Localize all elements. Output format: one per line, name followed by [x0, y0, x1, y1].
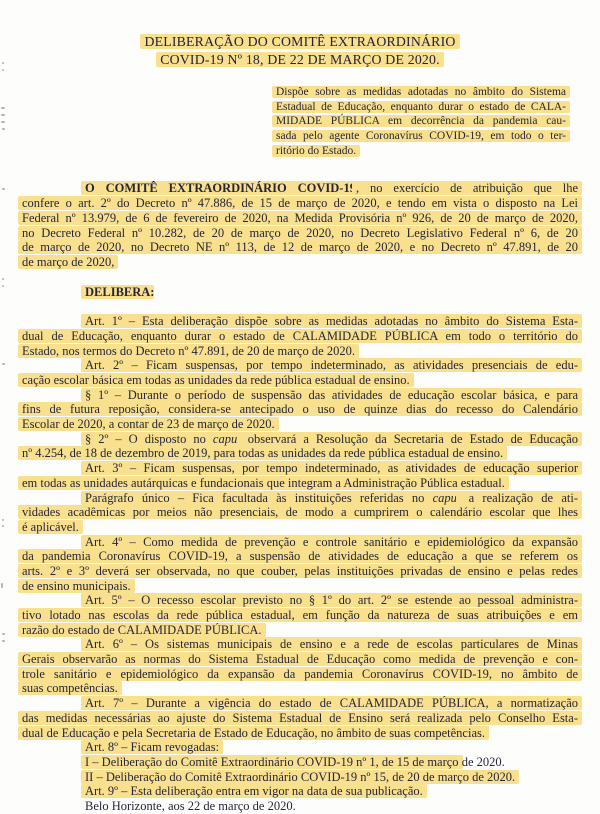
art-2: Art. 2º – Ficam suspensas, por tempo ind… — [22, 358, 578, 387]
art-7-line-3: dual de Educação e pela Secretaria de Es… — [22, 726, 578, 741]
art-2-line-1: Art. 2º – Ficam suspensas, por tempo ind… — [22, 358, 578, 373]
art-4-line-4: de ensino municipais. — [22, 579, 578, 594]
highlighted-text: Art. 9º – Esta deliberação entra em vigo… — [85, 784, 423, 798]
highlighted-text: de ensino municipais. — [22, 579, 131, 593]
highlighted-text: Parágrafo único – Fica facultada às inst… — [85, 491, 433, 505]
highlighted-text: Art. 1º – Esta deliberação dispõe sobre … — [85, 314, 578, 328]
highlighted-text: Estadual de Educação, enquanto durar o e… — [276, 101, 566, 113]
plain-text: de 2020. — [459, 755, 505, 769]
art-6-line-1: Art. 6º – Os sistemas municipais de ensi… — [22, 637, 578, 652]
highlighted-text: Gerais observarão as normas do Sistema E… — [22, 652, 578, 666]
art-8-item-2-line-1: II – Deliberação do Comitê Extraordinári… — [22, 770, 578, 785]
highlighted-text: de março de 2020, no Decreto NE nº 113, … — [22, 240, 578, 254]
art-7-line-1: Art. 7º – Durante a vigência do estado d… — [22, 696, 578, 711]
highlighted-text: cação escolar básica em todas as unidade… — [22, 373, 410, 387]
art-4-line-1: Art. 4º – Como medida de prevenção e con… — [22, 535, 578, 550]
art-7-line-2: das medidas necessárias ao ajuste do Sis… — [22, 711, 578, 726]
art-6: Art. 6º – Os sistemas municipais de ensi… — [22, 637, 578, 696]
highlighted-text: da pandemia Coronavírus COVID-19, a susp… — [22, 549, 578, 563]
art-1-line-1: Art. 1º – Esta deliberação dispõe sobre … — [22, 314, 578, 329]
art-1: Art. 1º – Esta deliberação dispõe sobre … — [22, 314, 578, 358]
art-3-paragrafo-unico-line-3: é aplicável. — [22, 520, 578, 535]
scan-artifact — [2, 363, 5, 365]
scan-artifact — [2, 128, 5, 130]
highlighted-text: no Decreto Federal nº 10.282, de 20 de m… — [22, 226, 578, 240]
scan-artifact — [2, 285, 4, 287]
art-6-line-3: trole sanitário e epidemiológico da expa… — [22, 667, 578, 682]
highlighted-text: confere o art. 2º do Decreto nº 47.886, … — [22, 196, 578, 210]
highlighted-text: Federal nº 13.979, de 6 de fevereiro de … — [22, 211, 578, 225]
highlighted-text: Art. 5º – O recesso escolar previsto no … — [85, 593, 578, 607]
art-2-par-2-line-1: § 2º – O disposto no caput observará a R… — [22, 432, 578, 447]
art-9-line-1: Art. 9º – Esta deliberação entra em vigo… — [22, 784, 578, 799]
art-4-line-3: arts. 2º e 3º deverá ser observada, no q… — [22, 564, 578, 579]
art-6-line-2: Gerais observarão as normas do Sistema E… — [22, 652, 578, 667]
highlighted-text: I – Deliberação do Comitê Extraordinário… — [85, 755, 459, 769]
highlighted-text: fins de futura reposição, considera-se a… — [22, 402, 578, 416]
highlighted-text: é aplicável. — [22, 520, 79, 534]
highlighted-text: Art. 2º – Ficam suspensas, por tempo ind… — [85, 358, 578, 372]
plain-text: Belo Horizonte, aos 22 de março de 2020. — [85, 799, 296, 813]
scan-artifact — [2, 519, 4, 521]
highlighted-text: arts. 2º e 3º deverá ser observada, no q… — [22, 564, 578, 578]
delibera-line-1: DELIBERA: — [22, 285, 578, 300]
scan-artifact — [1, 121, 5, 123]
art-3-paragrafo-unico-line-1: Parágrafo único – Fica facultada às inst… — [22, 491, 578, 506]
preamble-line-5: de março de 2020, no Decreto NE nº 113, … — [22, 240, 578, 255]
highlighted-text: DELIBERA — [85, 285, 150, 299]
highlighted-text: O COMITÊ EXTRAORDINÁRIO COVID-19 — [85, 181, 356, 195]
ementa-line-3: MIDADE PÚBLICA em decorrência da pandemi… — [276, 114, 566, 129]
highlighted-text: ritório do Estado. — [276, 145, 356, 157]
highlighted-text: vidades acadêmicas por meios não presenc… — [22, 505, 578, 519]
highlighted-text: II – Deliberação do Comitê Extraordinári… — [85, 770, 515, 784]
closing-place-date: Belo Horizonte, aos 22 de março de 2020. — [22, 799, 578, 814]
art-9: Art. 9º – Esta deliberação entra em vigo… — [22, 784, 578, 799]
art-1-line-3: Estado, nos termos do Decreto nº 47.891,… — [22, 344, 578, 359]
highlighted-text: nº 4.254, de 18 de dezembro de 2019, par… — [22, 446, 503, 460]
ementa-line-5: ritório do Estado. — [276, 144, 566, 159]
highlighted-text: § 1º – Durante o período de suspensão da… — [85, 388, 578, 402]
art-2-par-1-line-1: § 1º – Durante o período de suspensão da… — [22, 388, 578, 403]
preamble-line-6: de março de 2020, — [22, 255, 578, 270]
highlighted-text: Estado, nos termos do Decreto nº 47.891,… — [22, 344, 355, 358]
highlighted-text: Art. 8º – Ficam revogadas: — [85, 740, 219, 754]
scan-artifact — [1, 114, 5, 116]
preamble-line-2: confere o art. 2º do Decreto nº 47.886, … — [22, 196, 578, 211]
highlighted-text: trole sanitário e epidemiológico da expa… — [22, 667, 578, 681]
scan-artifact — [2, 188, 5, 190]
scan-artifact — [2, 640, 5, 642]
highlighted-text: caput — [433, 491, 461, 505]
scan-artifact — [2, 69, 4, 71]
highlighted-text: DELIBERAÇÃO DO COMITÊ EXTRAORDINÁRIO — [144, 34, 455, 49]
scan-artifact — [2, 633, 5, 635]
art-2-par-2: § 2º – O disposto no caput observará a R… — [22, 432, 578, 461]
highlighted-text: § 2º – O disposto no — [85, 432, 213, 446]
highlighted-text: Escolar de 2020, a contar de 23 de março… — [22, 417, 275, 431]
art-3: Art. 3º – Ficam suspensas, por tempo ind… — [22, 461, 578, 490]
highlighted-text: Dispõe sobre as medidas adotadas no âmbi… — [276, 86, 566, 98]
highlighted-text: Art. 3º – Ficam suspensas, por tempo ind… — [85, 461, 578, 475]
ementa-line-1: Dispõe sobre as medidas adotadas no âmbi… — [276, 85, 566, 100]
art-3-paragrafo-unico-line-2: vidades acadêmicas por meios não presenc… — [22, 505, 578, 520]
highlighted-text: Art. 4º – Como medida de prevenção e con… — [85, 535, 578, 549]
art-8-line-1: Art. 8º – Ficam revogadas: — [22, 740, 578, 755]
title: DELIBERAÇÃO DO COMITÊ EXTRAORDINÁRIOCOVI… — [22, 33, 578, 68]
ementa-line-2: Estadual de Educação, enquanto durar o e… — [276, 100, 566, 115]
art-8-item-2: II – Deliberação do Comitê Extraordinári… — [22, 770, 578, 785]
art-2-line-2: cação escolar básica em todas as unidade… — [22, 373, 578, 388]
scan-artifact — [2, 525, 4, 527]
ementa-line-4: sada pelo agente Coronavírus COVID-19, e… — [276, 129, 566, 144]
preamble-line-1: O COMITÊ EXTRAORDINÁRIO COVID-19, no exe… — [22, 181, 578, 196]
art-2-par-1-line-2: fins de futura reposição, considera-se a… — [22, 402, 578, 417]
preamble-line-4: no Decreto Federal nº 10.282, de 20 de m… — [22, 226, 578, 241]
highlighted-text: observará a Resolução da Secretaria de E… — [241, 432, 578, 446]
highlighted-text: de março de 2020, — [22, 255, 114, 269]
highlighted-text: Art. 6º – Os sistemas municipais de ensi… — [85, 637, 578, 651]
highlighted-text: em todas as unidades autárquicas e funda… — [22, 476, 505, 490]
art-5-line-2: tivo lotado nas escolas da rede pública … — [22, 608, 578, 623]
art-6-line-4: suas competências. — [22, 681, 578, 696]
scan-artifact — [2, 278, 4, 280]
art-2-par-2-line-2: nº 4.254, de 18 de dezembro de 2019, par… — [22, 446, 578, 461]
preamble-line-3: Federal nº 13.979, de 6 de fevereiro de … — [22, 211, 578, 226]
art-2-par-1: § 1º – Durante o período de suspensão da… — [22, 388, 578, 432]
highlighted-text: tivo lotado nas escolas da rede pública … — [22, 608, 578, 622]
highlighted-text: MIDADE PÚBLICA em decorrência da pandemi… — [276, 115, 566, 127]
art-8: Art. 8º – Ficam revogadas: — [22, 740, 578, 755]
highlighted-text: suas competências. — [22, 681, 118, 695]
highlighted-text: das medidas necessárias ao ajuste do Sis… — [22, 711, 578, 725]
plain-text: : — [150, 285, 154, 299]
art-4-line-2: da pandemia Coronavírus COVID-19, a susp… — [22, 549, 578, 564]
preamble: O COMITÊ EXTRAORDINÁRIO COVID-19, no exe… — [22, 181, 578, 269]
scan-artifact — [1, 583, 3, 588]
art-2-par-1-line-3: Escolar de 2020, a contar de 23 de março… — [22, 417, 578, 432]
scan-artifact — [1, 107, 5, 109]
delibera: DELIBERA: — [22, 285, 578, 300]
ementa: Dispõe sobre as medidas adotadas no âmbi… — [276, 85, 566, 158]
highlighted-text: COVID-19 Nº 18, DE 22 DE MARÇO DE 2020. — [160, 52, 440, 67]
art-4: Art. 4º – Como medida de prevenção e con… — [22, 535, 578, 594]
title-line-2: COVID-19 Nº 18, DE 22 DE MARÇO DE 2020. — [22, 51, 578, 69]
highlighted-text: sada pelo agente Coronavírus COVID-19, e… — [276, 130, 566, 142]
art-7: Art. 7º – Durante a vigência do estado d… — [22, 696, 578, 740]
art-5-line-1: Art. 5º – O recesso escolar previsto no … — [22, 593, 578, 608]
title-line-1: DELIBERAÇÃO DO COMITÊ EXTRAORDINÁRIO — [22, 33, 578, 51]
highlighted-text: caput — [213, 432, 241, 446]
art-3-line-2: em todas as unidades autárquicas e funda… — [22, 476, 578, 491]
art-3-paragrafo-unico: Parágrafo único – Fica facultada às inst… — [22, 491, 578, 535]
highlighted-text: dual de Educação, enquanto durar o estad… — [22, 329, 578, 343]
art-8-item-1: I – Deliberação do Comitê Extraordinário… — [22, 755, 578, 770]
highlighted-text: , no exercício de atribuição que lhe — [356, 181, 578, 195]
document-page: DELIBERAÇÃO DO COMITÊ EXTRAORDINÁRIOCOVI… — [0, 0, 600, 814]
art-8-item-1-line-1: I – Deliberação do Comitê Extraordinário… — [22, 755, 578, 770]
art-5-line-3: razão do estado de CALAMIDADE PÚBLICA. — [22, 623, 578, 638]
art-3-line-1: Art. 3º – Ficam suspensas, por tempo ind… — [22, 461, 578, 476]
highlighted-text: dual de Educação e pela Secretaria de Es… — [22, 726, 485, 740]
document: DELIBERAÇÃO DO COMITÊ EXTRAORDINÁRIOCOVI… — [22, 33, 578, 814]
highlighted-text: Art. 7º – Durante a vigência do estado d… — [85, 696, 578, 710]
closing-place-date-line-1: Belo Horizonte, aos 22 de março de 2020. — [22, 799, 578, 814]
art-5: Art. 5º – O recesso escolar previsto no … — [22, 593, 578, 637]
scan-artifact — [2, 62, 4, 64]
highlighted-text: a realização de ati- — [460, 491, 578, 505]
highlighted-text: razão do estado de CALAMIDADE PÚBLICA. — [22, 623, 262, 637]
art-1-line-2: dual de Educação, enquanto durar o estad… — [22, 329, 578, 344]
